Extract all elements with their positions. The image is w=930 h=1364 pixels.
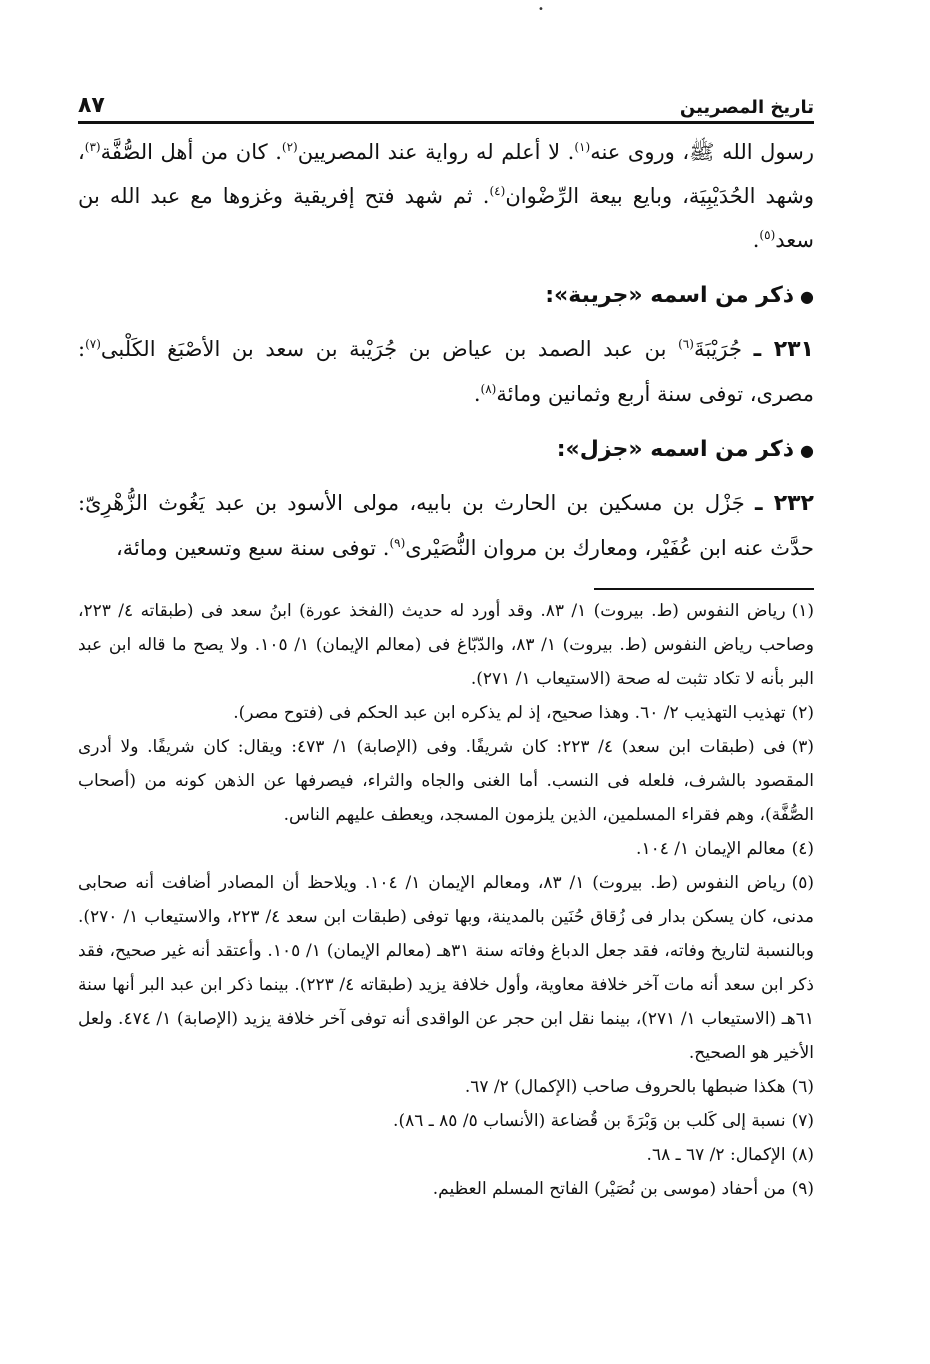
body-text: . لا أعلم له رواية عند المصريين <box>298 140 575 164</box>
section-heading-text: ذكر من اسمه «جزل»: <box>557 437 794 462</box>
footnote-text: من أحفاد (موسى بن نُصَيْر) الفاتح المسلم… <box>433 1179 786 1199</box>
bullet-icon: ● <box>800 441 814 460</box>
print-speck: • <box>538 4 544 15</box>
footnote-7: (٧)نسبة إلى كَلب بن وَبْرَةَ بن قُضاعة (… <box>78 1104 814 1138</box>
footnote-5: (٥)رياض النفوس (ط. بيروت) ١/ ٨٣، ومعالم … <box>78 866 814 1070</box>
book-page: تاريخ المصريين ٨٧ رسول الله ﷺ، وروى عنه(… <box>78 88 814 1206</box>
footnote-marker: (٢) <box>792 703 814 723</box>
bullet-icon: ● <box>800 287 814 306</box>
footnote-marker: (١) <box>792 601 814 621</box>
footnote-ref-6[interactable]: (٦) <box>678 337 694 351</box>
entry-text: بن عبد الصمد بن عياض بن جُرَيْبة بن سعد … <box>101 337 678 361</box>
footnote-6: (٦)هكذا ضبطها بالحروف صاحب (الإكمال) ٢/ … <box>78 1070 814 1104</box>
footnote-marker: (٧) <box>792 1111 814 1131</box>
footnote-2: (٢)تهذيب التهذيب ٢/ ٦٠. وهذا صحيح، إذ لم… <box>78 696 814 730</box>
footnote-marker: (٥) <box>792 873 814 893</box>
page-number: ٨٧ <box>78 93 105 118</box>
running-header: تاريخ المصريين ٨٧ <box>78 88 814 124</box>
body-paragraph-continuation: رسول الله ﷺ، وروى عنه(١). لا أعلم له روا… <box>78 130 814 262</box>
section-heading-jurayba: ●ذكر من اسمه «جريبة»: <box>78 276 814 317</box>
footnote-marker: (٦) <box>792 1077 814 1097</box>
entry-text: . توفى سنة سبع وتسعين ومائة، <box>116 536 389 560</box>
running-title: تاريخ المصريين <box>680 97 814 118</box>
footnote-ref-7[interactable]: (٧) <box>85 337 101 351</box>
entry-text: . <box>474 382 481 406</box>
footnote-9: (٩)من أحفاد (موسى بن نُصَيْر) الفاتح الم… <box>78 1172 814 1206</box>
footnote-divider <box>594 588 814 590</box>
biography-entry-232: ٢٣٢ ـ جَزْل بن مسكين بن الحارث بن بابيه،… <box>78 481 814 570</box>
section-heading-jazl: ●ذكر من اسمه «جزل»: <box>78 430 814 471</box>
footnote-ref-5[interactable]: (٥) <box>759 228 775 242</box>
footnote-1: (١)رياض النفوس (ط. بيروت) ١/ ٨٣. وقد أور… <box>78 594 814 696</box>
biography-entry-231: ٢٣١ ـ جُرَيْبَةَ(٦) بن عبد الصمد بن عياض… <box>78 327 814 416</box>
entry-number: ٢٣١ ـ <box>754 337 814 362</box>
footnote-marker: (٣) <box>792 737 814 757</box>
footnote-8: (٨)الإكمال: ٢/ ٦٧ ـ ٦٨. <box>78 1138 814 1172</box>
footnote-ref-8[interactable]: (٨) <box>481 382 497 396</box>
footnote-marker: (٨) <box>792 1145 814 1165</box>
footnote-3: (٣)فى (طبقات ابن سعد) ٤/ ٢٢٣: كان شريفًا… <box>78 730 814 832</box>
footnotes-section: (١)رياض النفوس (ط. بيروت) ١/ ٨٣. وقد أور… <box>78 594 814 1206</box>
footnote-text: تهذيب التهذيب ٢/ ٦٠. وهذا صحيح، إذ لم يذ… <box>233 703 785 723</box>
footnote-4: (٤)معالم الإيمان ١/ ١٠٤. <box>78 832 814 866</box>
footnote-marker: (٤) <box>792 839 814 859</box>
footnote-ref-2[interactable]: (٢) <box>282 140 298 154</box>
footnote-text: رياض النفوس (ط. بيروت) ١/ ٨٣. وقد أورد ل… <box>78 601 814 689</box>
section-heading-text: ذكر من اسمه «جريبة»: <box>545 283 794 308</box>
footnote-text: الإكمال: ٢/ ٦٧ ـ ٦٨. <box>647 1145 786 1165</box>
footnote-text: نسبة إلى كَلب بن وَبْرَةَ بن قُضاعة (الأ… <box>393 1111 786 1131</box>
body-text: رسول الله ﷺ، وروى عنه <box>590 140 814 164</box>
footnote-text: معالم الإيمان ١/ ١٠٤. <box>636 839 786 859</box>
body-text: . كان من أهل الصُّفَّة <box>101 140 282 164</box>
entry-number: ٢٣٢ ـ <box>755 491 814 516</box>
footnote-ref-4[interactable]: (٤) <box>489 184 505 198</box>
footnote-text: هكذا ضبطها بالحروف صاحب (الإكمال) ٢/ ٦٧. <box>465 1077 786 1097</box>
footnote-ref-3[interactable]: (٣) <box>85 140 101 154</box>
footnote-text: فى (طبقات ابن سعد) ٤/ ٢٢٣: كان شريفًا. و… <box>78 737 814 825</box>
footnote-ref-1[interactable]: (١) <box>574 140 590 154</box>
footnote-marker: (٩) <box>792 1179 814 1199</box>
entry-name: جُرَيْبَةَ <box>694 337 742 361</box>
footnote-text: رياض النفوس (ط. بيروت) ١/ ٨٣، ومعالم الإ… <box>78 873 814 1063</box>
footnote-ref-9[interactable]: (٩) <box>389 536 405 550</box>
